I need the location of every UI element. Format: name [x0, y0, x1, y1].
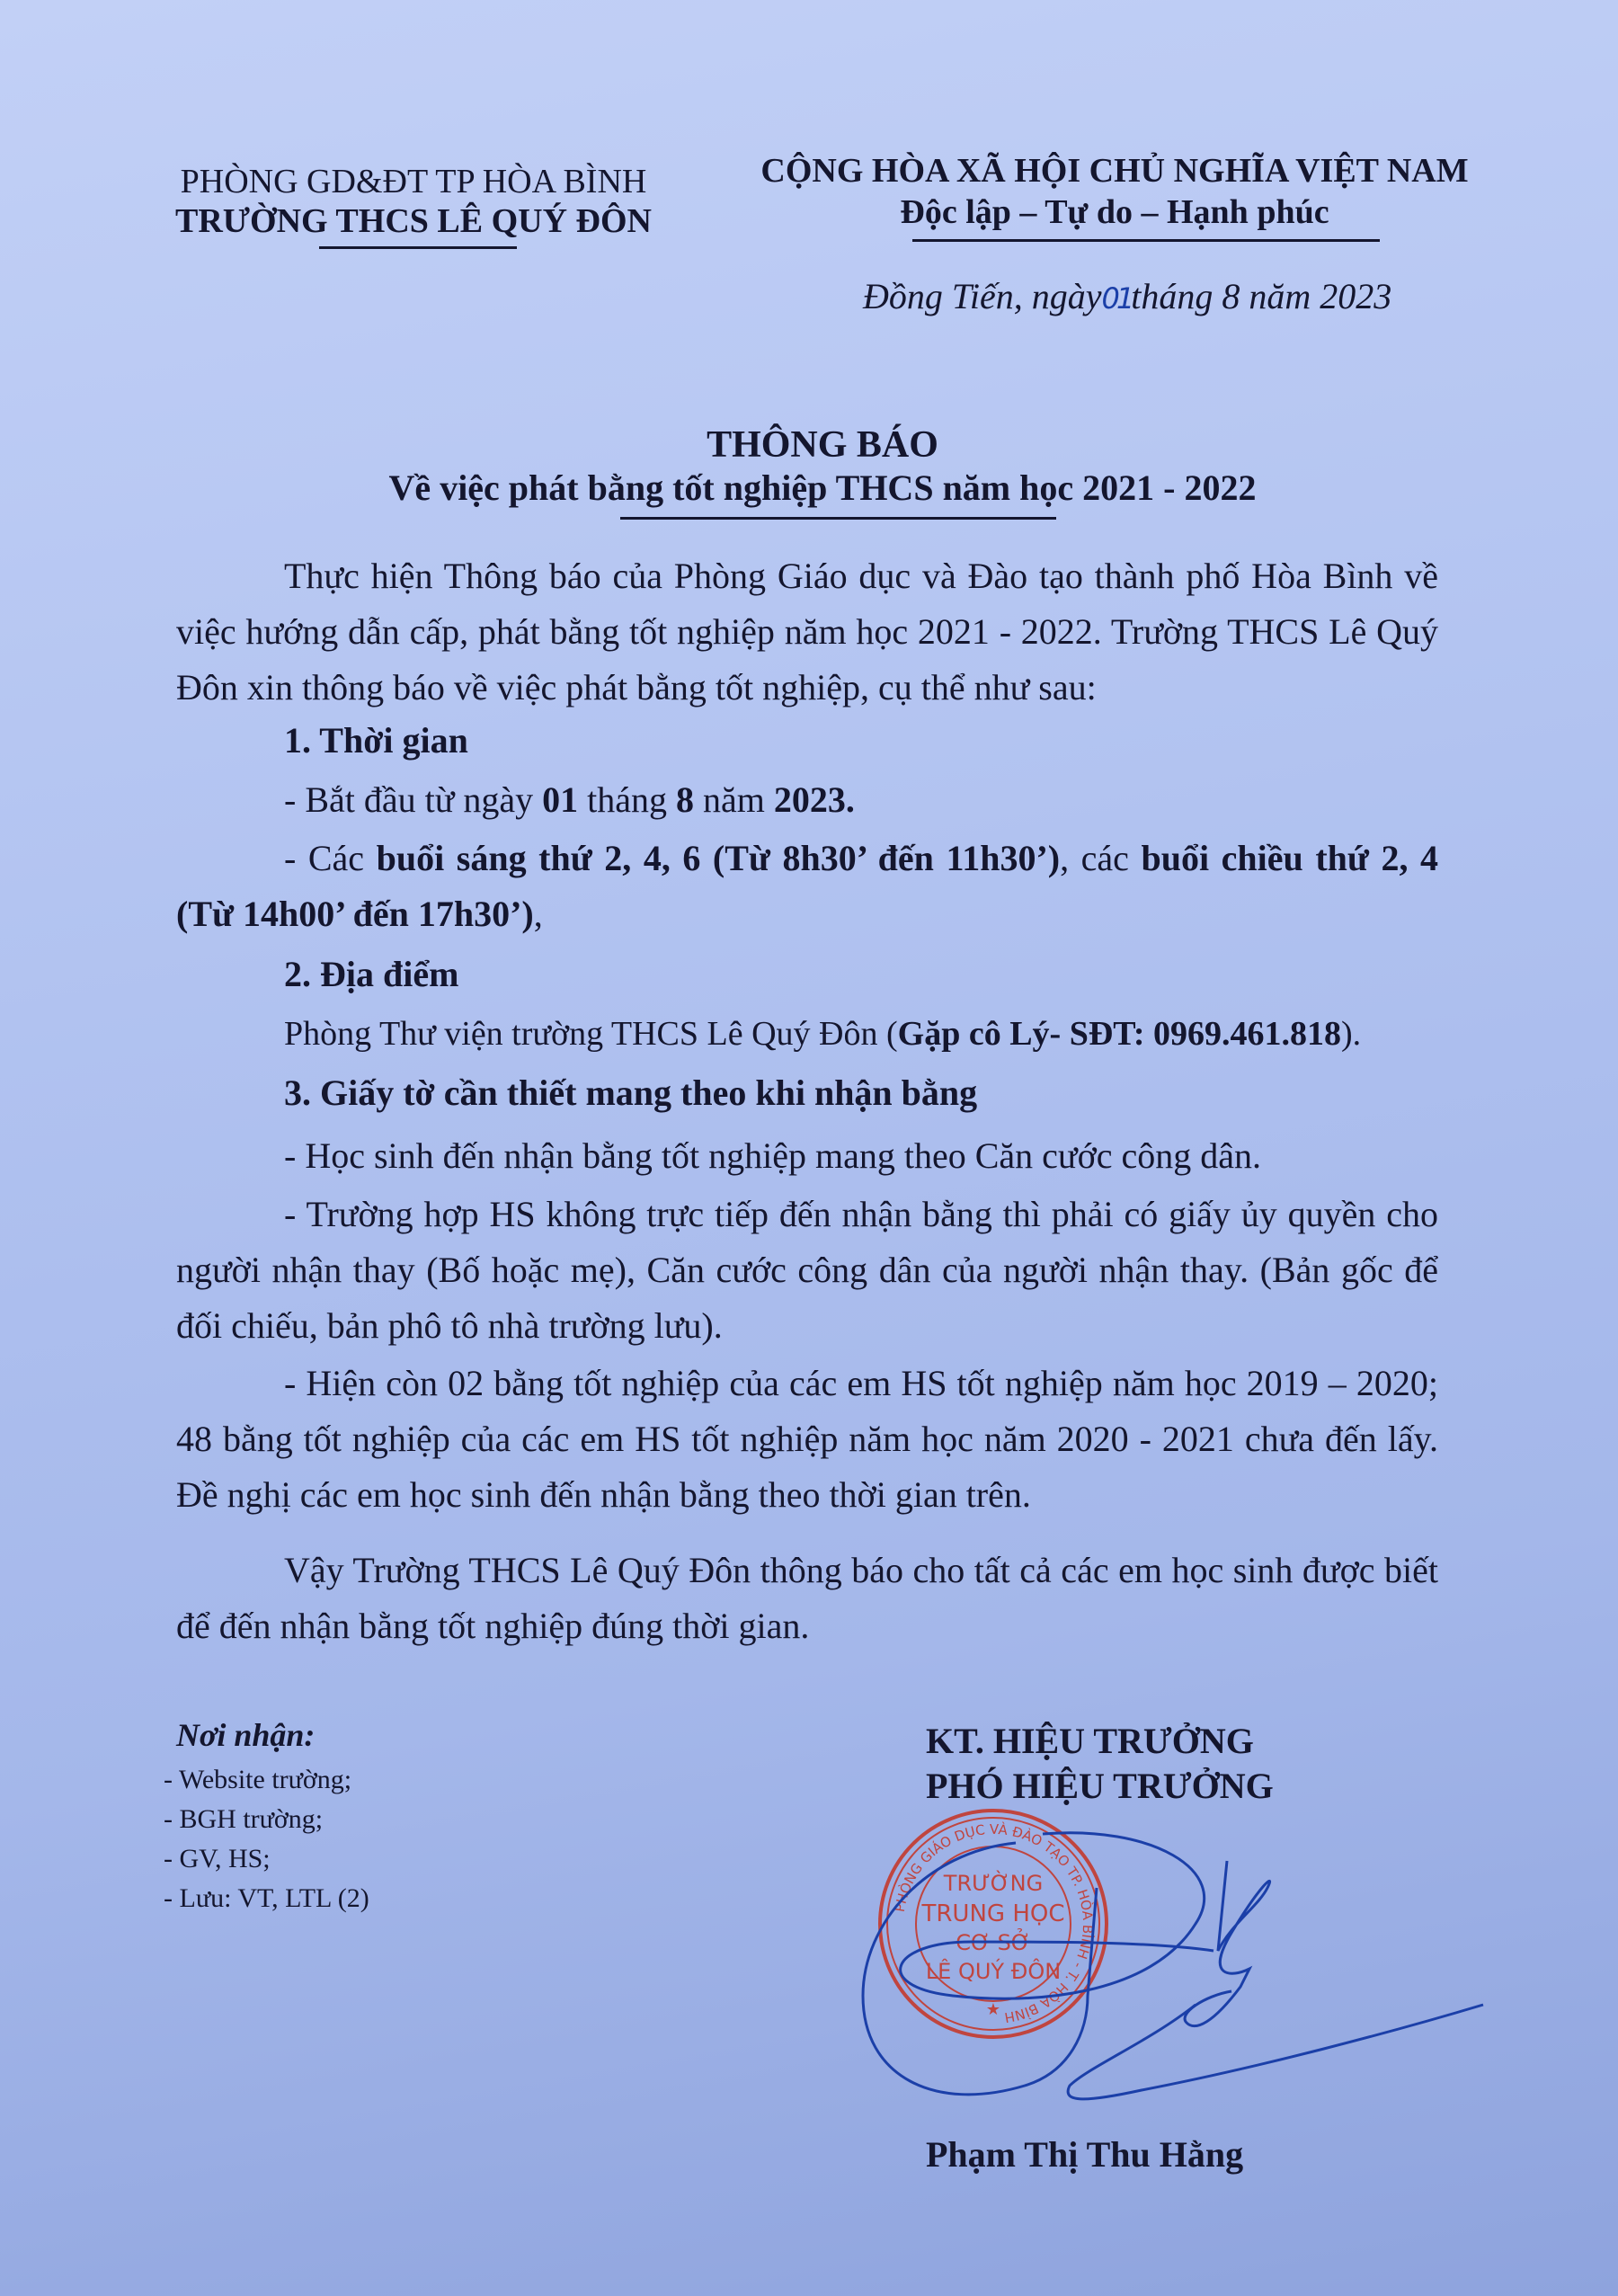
place-text: Phòng Thư viện trường THCS Lê Quý Đôn ( — [284, 1015, 898, 1053]
document-title: THÔNG BÁO — [0, 423, 1618, 467]
section3-item3: - Hiện còn 02 bằng tốt nghiệp của các em… — [176, 1356, 1438, 1523]
document-subtitle: Về việc phát bằng tốt nghiệp THCS năm họ… — [0, 466, 1618, 511]
start-mid: tháng — [578, 779, 676, 820]
recipients-heading: Nơi nhận: — [176, 1715, 315, 1755]
section1-heading: 1. Thời gian — [284, 719, 468, 762]
country-name: CỘNG HÒA XÃ HỘI CHỦ NGHĨA VIỆT NAM — [728, 151, 1501, 191]
handwritten-signature-icon — [854, 1816, 1501, 2122]
start-mid2: năm — [694, 779, 774, 820]
section3-heading: 3. Giấy tờ cần thiết mang theo khi nhận … — [284, 1072, 977, 1115]
agency-name: PHÒNG GD&ĐT TP HÒA BÌNH — [162, 162, 665, 201]
start-year: 2023. — [774, 779, 855, 820]
subtitle-underline — [620, 517, 1056, 520]
motto-underline — [912, 239, 1380, 242]
start-prefix: - Bắt đầu từ ngày — [284, 779, 542, 820]
start-day: 01 — [542, 779, 578, 820]
section1-schedule: - Các buổi sáng thứ 2, 4, 6 (Từ 8h30’ đế… — [176, 831, 1438, 942]
schedule-end: , — [534, 894, 543, 934]
signer-name: Phạm Thị Thu Hằng — [926, 2132, 1243, 2177]
school-name: TRƯỜNG THCS LÊ QUÝ ĐÔN — [162, 201, 665, 241]
contact-phone: Gặp cô Lý- SĐT: 0969.461.818 — [898, 1015, 1341, 1053]
section2-heading: 2. Địa điểm — [284, 953, 458, 996]
date-suffix: tháng 8 năm 2023 — [1131, 276, 1391, 316]
schedule-prefix: - Các — [284, 838, 377, 878]
recipient-item: - GV, HS; — [164, 1839, 271, 1879]
signature-title-1: KT. HIỆU TRƯỞNG — [926, 1719, 1254, 1764]
date-line: Đồng Tiến, ngày01tháng 8 năm 2023 — [863, 275, 1391, 320]
date-handwritten-day: 01 — [1102, 281, 1132, 316]
intro-paragraph: Thực hiện Thông báo của Phòng Giáo dục v… — [176, 548, 1438, 716]
section1-start-date: - Bắt đầu từ ngày 01 tháng 8 năm 2023. — [284, 779, 855, 822]
start-month: 8 — [676, 779, 694, 820]
section2-place: Phòng Thư viện trường THCS Lê Quý Đôn (G… — [284, 1012, 1361, 1055]
section3-item2: - Trường hợp HS không trực tiếp đến nhận… — [176, 1187, 1438, 1354]
schedule-morning: buổi sáng thứ 2, 4, 6 (Từ 8h30’ đến 11h3… — [377, 838, 1061, 878]
closing-paragraph: Vậy Trường THCS Lê Quý Đôn thông báo cho… — [176, 1543, 1438, 1654]
section3-item1: - Học sinh đến nhận bằng tốt nghiệp mang… — [284, 1135, 1261, 1178]
school-name-underline — [319, 246, 517, 249]
date-prefix: Đồng Tiến, ngày — [863, 276, 1102, 316]
motto: Độc lập – Tự do – Hạnh phúc — [728, 192, 1501, 232]
schedule-mid: , các — [1060, 838, 1141, 878]
recipient-item: - Lưu: VT, LTL (2) — [164, 1879, 369, 1918]
recipient-item: - Website trường; — [164, 1760, 351, 1800]
place-end: ). — [1341, 1015, 1361, 1053]
recipient-item: - BGH trường; — [164, 1800, 323, 1839]
